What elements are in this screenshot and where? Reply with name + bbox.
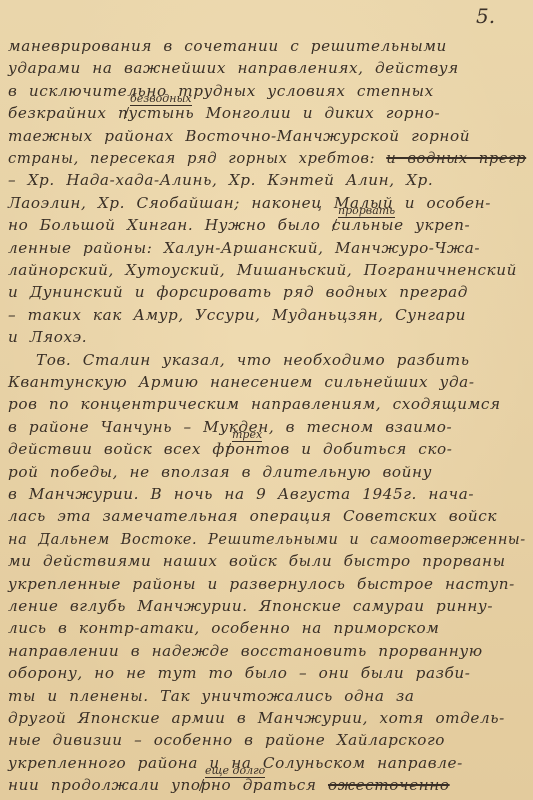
text-line: Квантунскую Армию нанесением сильнейших …: [8, 372, 526, 392]
line-text: лась эта замечательная операция Советски…: [8, 507, 497, 525]
text-line: в районе Чанчунь – Мукден, в тесном взаи…: [8, 417, 526, 437]
manuscript-page: 5. маневрирования в сочетании с решитель…: [0, 0, 533, 800]
line-text: таежных районах Восточно-Манчжурской гор…: [8, 127, 470, 145]
line-text: Квантунскую Армию нанесением сильнейших …: [8, 373, 475, 391]
text-line: но Большой Хинган. Нужно было сильные ук…: [8, 215, 526, 235]
text-line: укрепленного района и на Солуньском напр…: [8, 753, 526, 773]
text-line: ты и пленены. Так уничтожались одна за: [8, 686, 526, 706]
line-text: маневрирования в сочетании с решительным…: [8, 37, 447, 55]
text-line: ми действиями наших войск были быстро пр…: [8, 551, 526, 571]
line-text: ров по концентрическим направлениям, схо…: [8, 395, 501, 413]
text-line: ные дивизии – особенно в районе Хайларск…: [8, 730, 526, 750]
line-text: безкрайних пустынь Монголии и диких горн…: [8, 104, 440, 122]
struck-through-text: ожесточенно: [328, 776, 450, 794]
line-text: страны, пересекая ряд горных хребтов:: [8, 149, 375, 167]
text-line: маневрирования в сочетании с решительным…: [8, 36, 526, 56]
line-text: – Хр. Нада-хада-Алинь, Хр. Кэнтей Алин, …: [8, 171, 433, 189]
line-text: рой победы, не вползая в длительную войн…: [8, 463, 432, 481]
text-line: оборону, но не тут то было – они были ра…: [8, 663, 526, 683]
text-line: безкрайних пустынь Монголии и диких горн…: [8, 103, 526, 123]
text-line: направлении в надежде восстановить прорв…: [8, 641, 526, 661]
line-text: лись в контр-атаки, особенно на приморск…: [8, 619, 439, 637]
line-text: другой Японские армии в Манчжурии, хотя …: [8, 709, 505, 727]
line-text: в районе Чанчунь – Мукден, в тесном взаи…: [8, 418, 452, 436]
line-text: на Дальнем Востоке. Решительными и самоо…: [8, 530, 526, 548]
text-line: Лаоэлин, Хр. Сяобайшан; наконец Малый и …: [8, 193, 526, 213]
line-text: в Манчжурии. В ночь на 9 Августа 1945г. …: [8, 485, 474, 503]
text-line: Тов. Сталин указал, что необходимо разби…: [36, 350, 526, 370]
line-text: направлении в надежде восстановить прорв…: [8, 642, 483, 660]
text-line: и Ляохэ.: [8, 327, 526, 347]
line-text: и Ляохэ.: [8, 328, 87, 346]
line-text: ление вглубь Манчжурии. Японские самураи…: [8, 597, 493, 615]
line-text: ми действиями наших войск были быстро пр…: [8, 552, 506, 570]
text-line: лись в контр-атаки, особенно на приморск…: [8, 618, 526, 638]
text-line: – Хр. Нада-хада-Алинь, Хр. Кэнтей Алин, …: [8, 170, 526, 190]
line-text: ты и пленены. Так уничтожались одна за: [8, 687, 415, 705]
text-line: рой победы, не вползая в длительную войн…: [8, 462, 526, 482]
line-text: и Дунинский и форсировать ряд водных пре…: [8, 283, 468, 301]
text-line: таежных районах Восточно-Манчжурской гор…: [8, 126, 526, 146]
line-text: в исключительно трудных условиях степных: [8, 82, 434, 100]
line-text: Лаоэлин, Хр. Сяобайшан; наконец Малый и …: [8, 194, 491, 212]
line-text: действии войск всех фронтов и добиться с…: [8, 440, 453, 458]
text-line: и Дунинский и форсировать ряд водных пре…: [8, 282, 526, 302]
text-line: действии войск всех фронтов и добиться с…: [8, 439, 526, 459]
line-text: укрепленные районы и развернулось быстро…: [8, 575, 515, 593]
text-line: лайнорский, Хутоуский, Мишаньский, Погра…: [8, 260, 526, 280]
text-line: – таких как Амур, Уссури, Муданьцзян, Су…: [8, 305, 526, 325]
text-line: на Дальнем Востоке. Решительными и самоо…: [8, 529, 502, 549]
text-line: страны, пересекая ряд горных хребтов: и …: [8, 148, 510, 168]
text-line: ударами на важнейших направлениях, дейст…: [8, 58, 526, 78]
line-text: оборону, но не тут то было – они были ра…: [8, 664, 471, 682]
line-text: но Большой Хинган. Нужно было сильные ук…: [8, 216, 470, 234]
page-number: 5.: [476, 4, 495, 28]
line-text: ударами на важнейших направлениях, дейст…: [8, 59, 459, 77]
text-line: укрепленные районы и развернулось быстро…: [8, 574, 526, 594]
text-line: лась эта замечательная операция Советски…: [8, 506, 526, 526]
struck-through-text: и водных прегр: [386, 149, 526, 167]
line-text: Тов. Сталин указал, что необходимо разби…: [36, 351, 470, 369]
text-line: ров по концентрическим направлениям, схо…: [8, 394, 526, 414]
text-line: в Манчжурии. В ночь на 9 Августа 1945г. …: [8, 484, 526, 504]
line-text: лайнорский, Хутоуский, Мишаньский, Погра…: [8, 261, 517, 279]
text-line: ленные районы: Халун-Аршанский, Манчжуро…: [8, 238, 526, 258]
line-text: нии продолжали упорно драться: [8, 776, 317, 794]
line-text: – таких как Амур, Уссури, Муданьцзян, Су…: [8, 306, 466, 324]
text-line: в исключительно трудных условиях степных: [8, 81, 526, 101]
line-text: ные дивизии – особенно в районе Хайларск…: [8, 731, 445, 749]
text-line: другой Японские армии в Манчжурии, хотя …: [8, 708, 526, 728]
text-line: ление вглубь Манчжурии. Японские самураи…: [8, 596, 526, 616]
line-text: ленные районы: Халун-Аршанский, Манчжуро…: [8, 239, 480, 257]
text-line: нии продолжали упорно драться ожесточенн…: [8, 775, 526, 795]
